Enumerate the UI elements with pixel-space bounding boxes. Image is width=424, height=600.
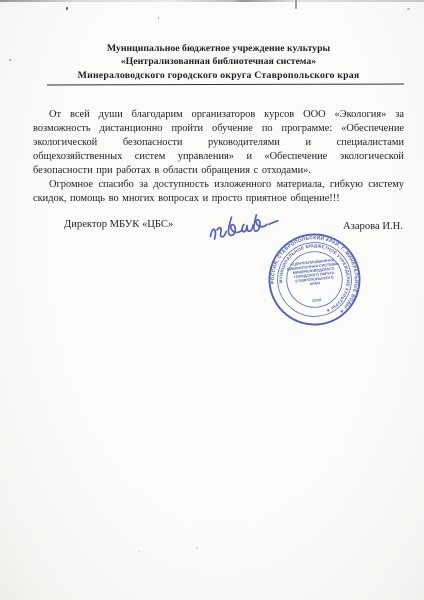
- letterhead-line-2: «Централизованная библиотечная система»: [33, 55, 404, 68]
- scan-artifact: [9, 59, 11, 61]
- letter-paragraph-1: От всей души благодарим организаторов ку…: [33, 108, 404, 178]
- scan-artifact: [138, 551, 140, 552]
- stamp-center-text: «ЦЕНТРАЛИЗОВАННАЯ БИБЛИОТЕЧНАЯ СИСТЕМА» …: [286, 258, 341, 289]
- scan-artifact: [295, 0, 297, 9]
- signatory-name: Азарова И.Н.: [343, 221, 403, 232]
- scan-artifact: [407, 8, 410, 10]
- scan-artifact: [66, 7, 68, 10]
- scan-artifact: [196, 547, 198, 549]
- official-round-stamp: РОССИЯ, СТАВРОПОЛЬСКИЙ КРАЙ, Г. МИНЕРАЛЬ…: [267, 232, 362, 327]
- signature-title: Директор МБУК «ЦБС»: [64, 219, 173, 230]
- letterhead-line-3: Минераловодского городского округа Ставр…: [33, 69, 404, 82]
- letterhead-line-1: Муниципальное бюджетное учреждение культ…: [33, 42, 404, 55]
- stamp-center-line: КРАЯ: [310, 281, 320, 286]
- scan-artifact: [158, 17, 159, 19]
- letterhead-divider: [47, 84, 404, 86]
- letter-body: От всей души благодарим организаторов ку…: [33, 108, 404, 206]
- scan-edge-artifact: [0, 0, 424, 2]
- scanned-letter: Муниципальное бюджетное учреждение культ…: [0, 0, 424, 600]
- stamp-ogrn-text: ОГРН: [312, 298, 323, 304]
- letter-paragraph-2: Огромное спасибо за доступность изложенн…: [33, 178, 404, 206]
- letterhead: Муниципальное бюджетное учреждение культ…: [33, 42, 404, 82]
